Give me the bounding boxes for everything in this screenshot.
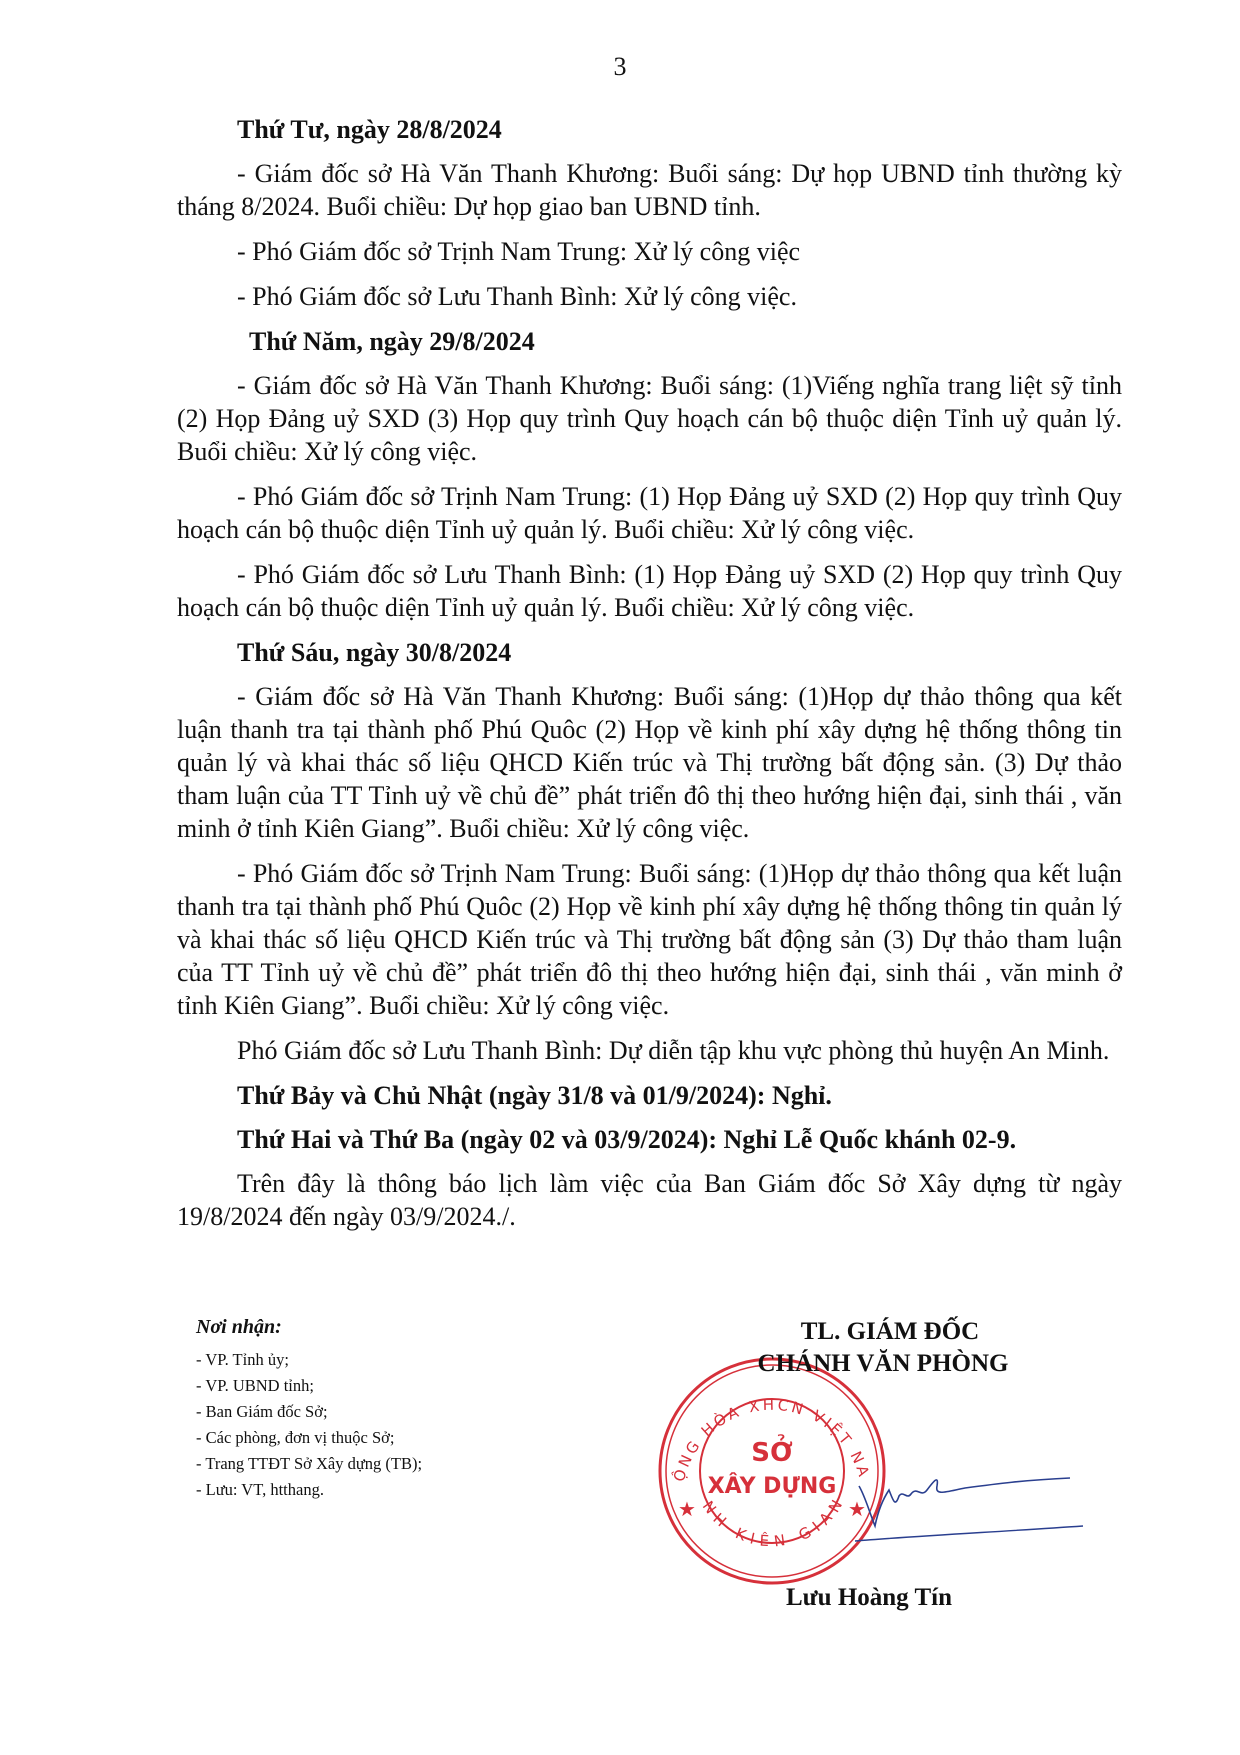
schedule-entry: - Phó Giám đốc sở Trịnh Nam Trung: Buổi …	[177, 857, 1122, 1022]
schedule-entry: - Giám đốc sở Hà Văn Thanh Khương: Buổi …	[177, 157, 1122, 223]
schedule-entry: - Phó Giám đốc sở Trịnh Nam Trung: (1) H…	[177, 480, 1122, 546]
svg-text:XÂY DỰNG: XÂY DỰNG	[708, 1473, 837, 1499]
handwritten-signature-icon	[855, 1456, 1085, 1546]
day-heading: Thứ Tư, ngày 28/8/2024	[177, 113, 1122, 147]
signer-title: TL. GIÁM ĐỐC	[740, 1316, 1040, 1348]
document-body: Thứ Tư, ngày 28/8/2024 - Giám đốc sở Hà …	[177, 113, 1122, 1233]
schedule-entry: - Phó Giám đốc sở Lưu Thanh Bình: (1) Họ…	[177, 558, 1122, 624]
day-heading: Thứ Năm, ngày 29/8/2024	[177, 325, 1122, 359]
recipients-title: Nơi nhận:	[196, 1316, 616, 1339]
recipient-item: - Các phòng, đơn vị thuộc Sở;	[196, 1425, 616, 1451]
recipient-item: - Lưu: VT, htthang.	[196, 1477, 616, 1503]
schedule-entry: - Giám đốc sở Hà Văn Thanh Khương: Buổi …	[177, 369, 1122, 468]
schedule-entry: Phó Giám đốc sở Lưu Thanh Bình: Dự diễn …	[177, 1034, 1122, 1067]
signature-block: TL. GIÁM ĐỐC CHÁNH VĂN PHÒNG CỘNG HÒA XH…	[700, 1316, 1100, 1380]
schedule-entry: - Phó Giám đốc sở Trịnh Nam Trung: Xử lý…	[177, 235, 1122, 268]
recipient-item: - Trang TTĐT Sở Xây dựng (TB);	[196, 1451, 616, 1477]
signer-position: CHÁNH VĂN PHÒNG	[718, 1348, 1048, 1380]
day-heading: Thứ Sáu, ngày 30/8/2024	[177, 636, 1122, 670]
recipient-item: - VP. Tỉnh ủy;	[196, 1347, 616, 1373]
closing-statement: Trên đây là thông báo lịch làm việc của …	[177, 1167, 1122, 1233]
schedule-entry: - Phó Giám đốc sở Lưu Thanh Bình: Xử lý …	[177, 280, 1122, 313]
page-number: 3	[0, 52, 1240, 82]
holiday-note: Thứ Bảy và Chủ Nhật (ngày 31/8 và 01/9/2…	[177, 1079, 1122, 1113]
signer-name: Lưu Hoàng Tín	[786, 1584, 952, 1612]
holiday-note: Thứ Hai và Thứ Ba (ngày 02 và 03/9/2024)…	[177, 1123, 1122, 1157]
svg-text:★: ★	[678, 1497, 696, 1521]
svg-text:SỞ: SỞ	[751, 1432, 793, 1468]
recipient-item: - VP. UBND tỉnh;	[196, 1373, 616, 1399]
recipient-item: - Ban Giám đốc Sở;	[196, 1399, 616, 1425]
recipients-block: Nơi nhận: - VP. Tỉnh ủy; - VP. UBND tỉnh…	[196, 1316, 616, 1503]
schedule-entry: - Giám đốc sở Hà Văn Thanh Khương: Buổi …	[177, 680, 1122, 845]
